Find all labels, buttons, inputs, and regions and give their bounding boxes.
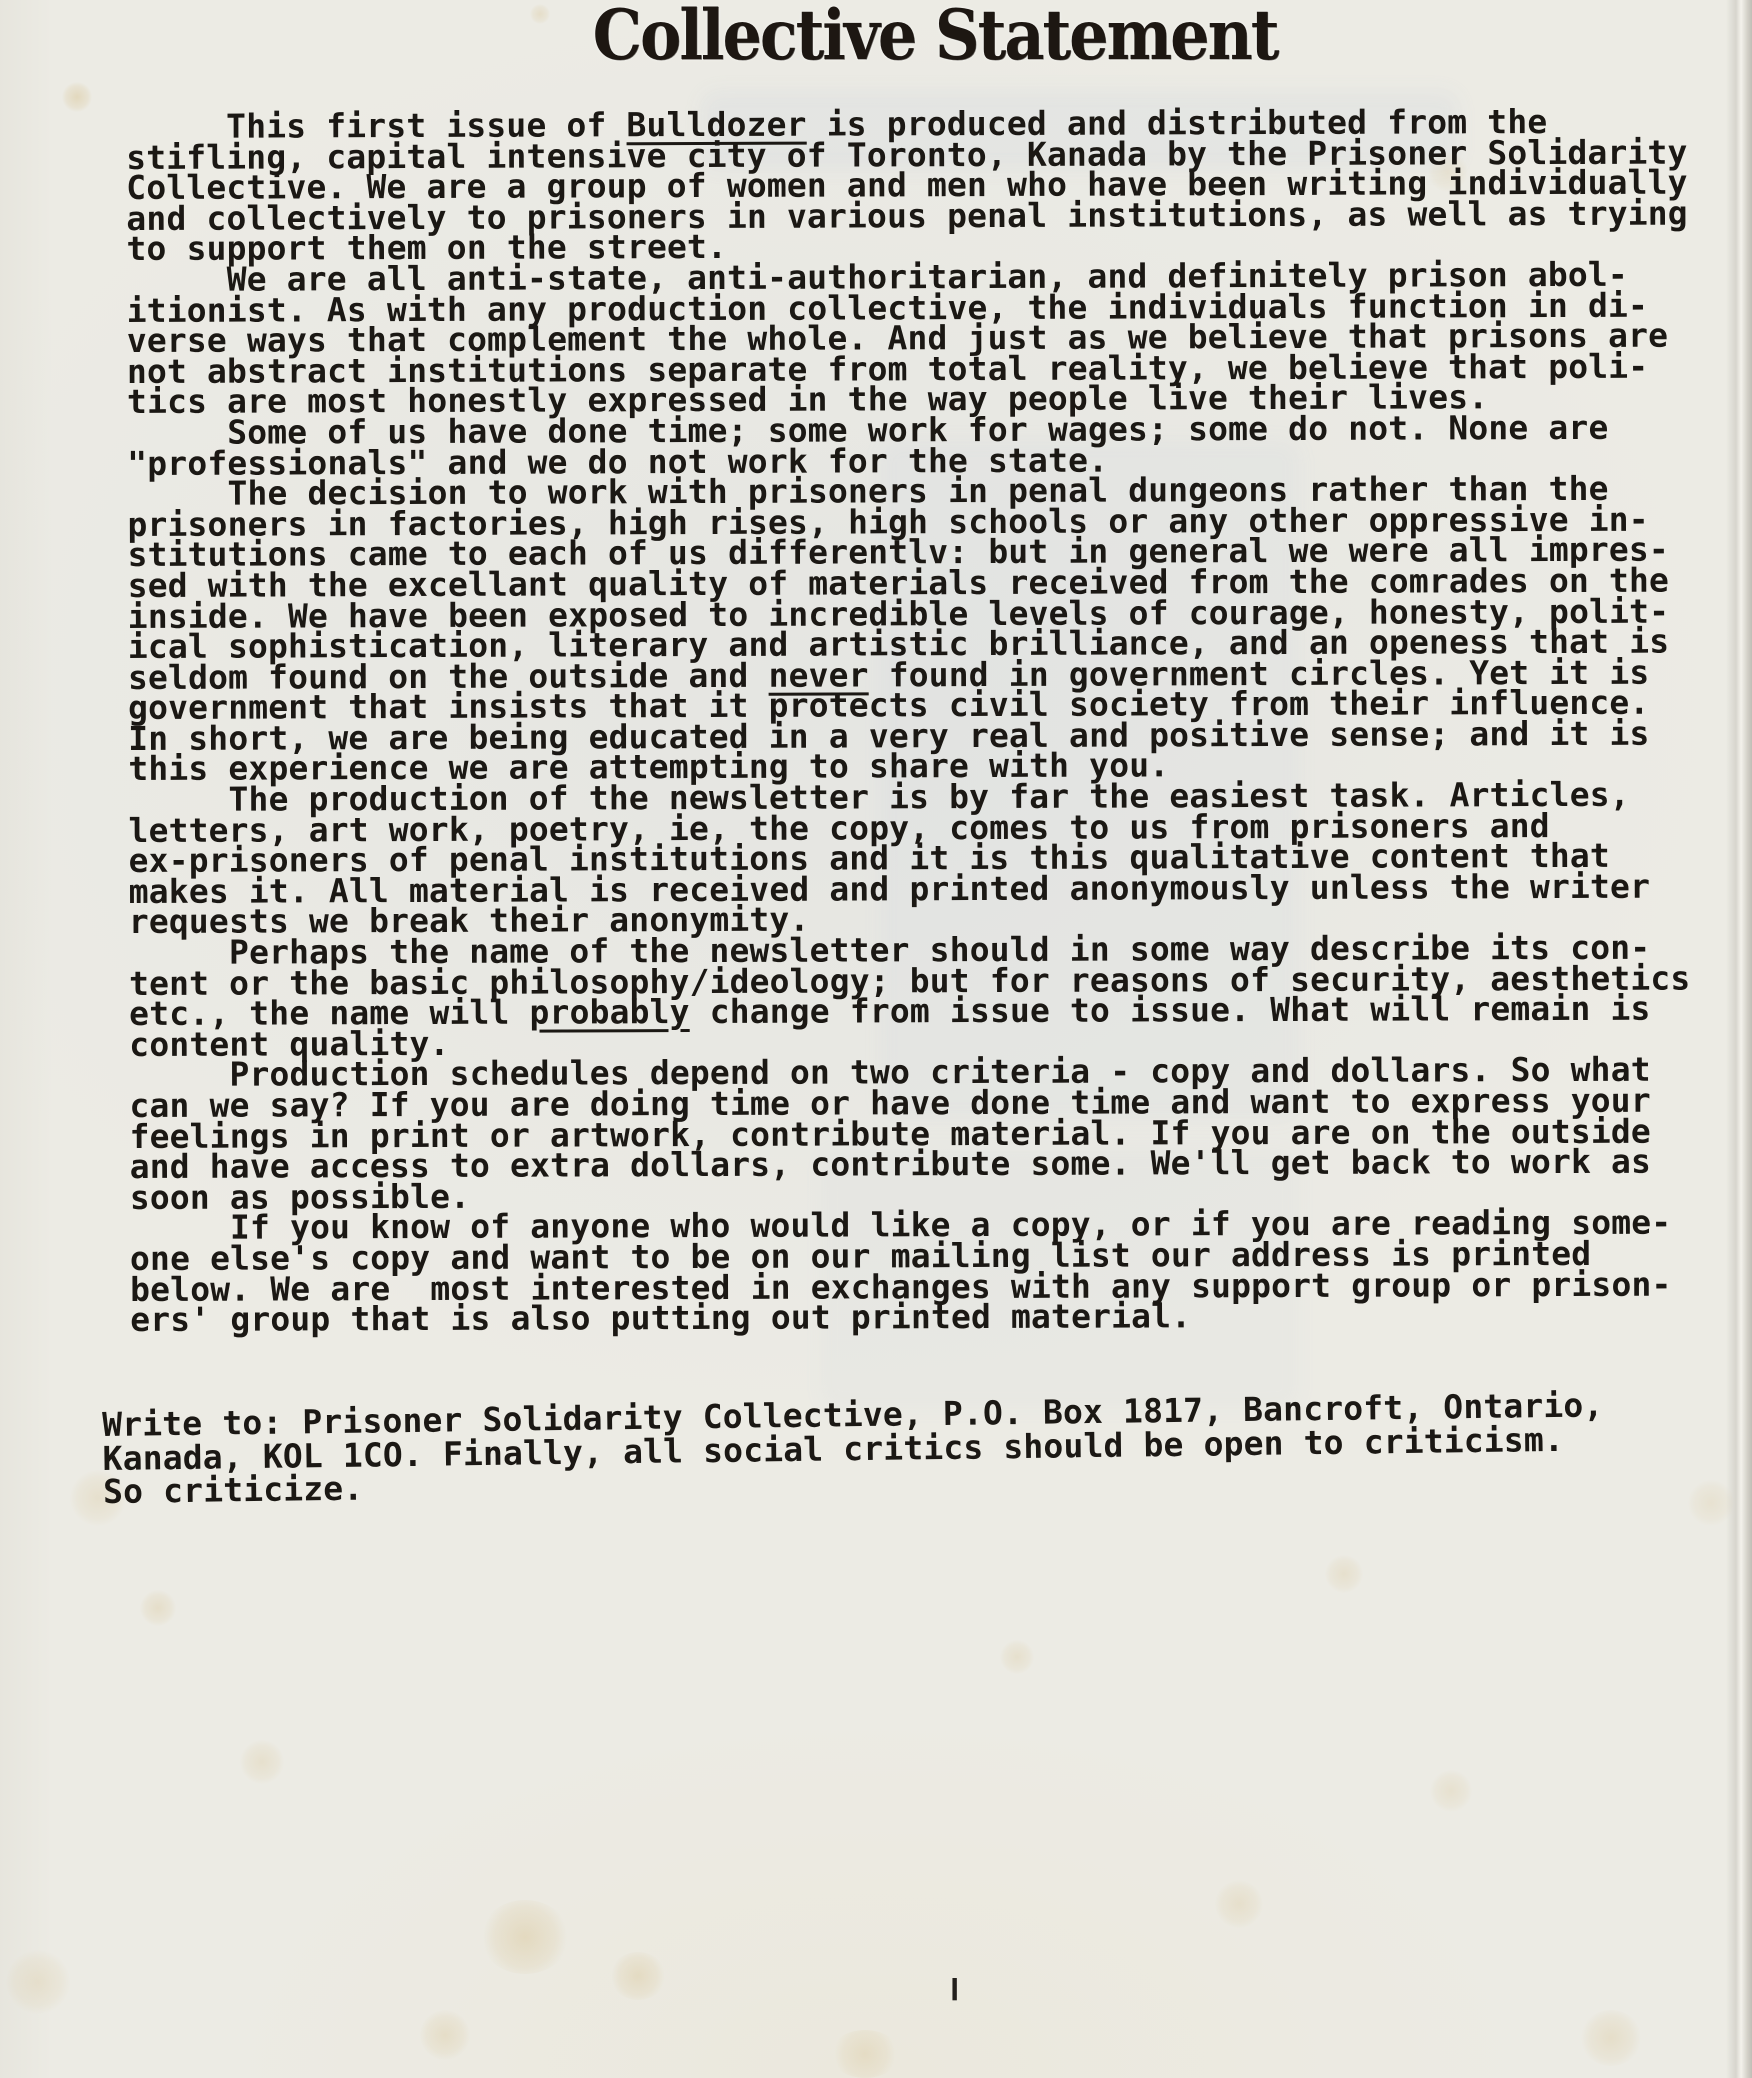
page-number-mark: |	[943, 1976, 967, 2001]
text-line: ers' group that is also putting out prin…	[130, 1300, 1691, 1336]
underlined-text: probably	[529, 992, 689, 1032]
stain	[420, 2010, 470, 2060]
stain	[140, 1590, 176, 1626]
stain	[1430, 1770, 1472, 1812]
scanned-page: Collective Statement This first issue of…	[0, 0, 1752, 2078]
page-title: Collective Statement	[0, 0, 1752, 76]
stain	[1580, 2010, 1642, 2066]
stain	[480, 1900, 570, 1974]
stain	[1215, 1880, 1263, 1928]
stain	[1325, 1555, 1363, 1593]
stain	[1000, 1640, 1034, 1674]
stain	[6, 1950, 70, 2014]
stain	[240, 1740, 284, 1784]
stain	[610, 1952, 666, 2000]
stain	[830, 2030, 900, 2078]
address-block: Write to: Prisoner Solidarity Collective…	[102, 1388, 1605, 1508]
stain	[62, 82, 92, 112]
document-body: This first issue of Bulldozer is produce…	[126, 107, 1692, 1336]
page-edge-shadow	[1726, 0, 1752, 2078]
